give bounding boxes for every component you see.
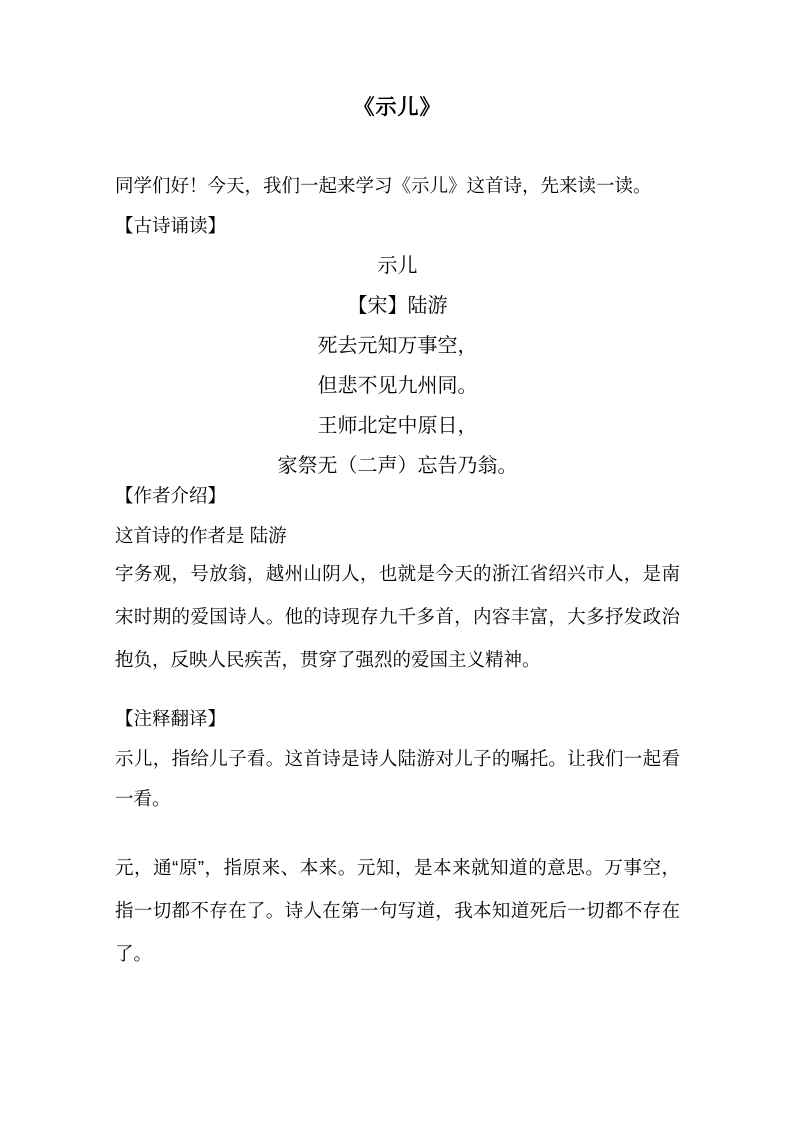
annotation-paragraph-2: 元，通“原”，指原来、本来。元知，是本来就知道的意思。万事空，指一切都不存在了。… bbox=[115, 846, 680, 975]
section-heading-recitation: 【古诗诵读】 bbox=[115, 206, 680, 246]
document-title: 《示儿》 bbox=[115, 86, 680, 130]
poem-line-1: 死去元知万事空， bbox=[115, 326, 680, 366]
intro-paragraph: 同学们好！今天，我们一起来学习《示儿》这首诗，先来读一读。 bbox=[115, 166, 680, 206]
author-lead: 这首诗的作者是 陆游 bbox=[115, 516, 680, 556]
poem-title: 示儿 bbox=[115, 246, 680, 286]
annotation-paragraph-1: 示儿，指给儿子看。这首诗是诗人陆游对儿子的嘱托。让我们一起看一看。 bbox=[115, 739, 680, 819]
author-bio-paragraph: 字务观，号放翁，越州山阴人，也就是今天的浙江省绍兴市人，是南宋时期的爱国诗人。他… bbox=[115, 552, 680, 681]
poem-line-3: 王师北定中原日， bbox=[115, 406, 680, 446]
poem-author: 【宋】陆游 bbox=[115, 286, 680, 326]
poem-line-2: 但悲不见九州同。 bbox=[115, 366, 680, 406]
section-heading-annotation: 【注释翻译】 bbox=[115, 699, 680, 739]
document-page: 《示儿》 同学们好！今天，我们一起来学习《示儿》这首诗，先来读一读。 【古诗诵读… bbox=[0, 0, 793, 1123]
